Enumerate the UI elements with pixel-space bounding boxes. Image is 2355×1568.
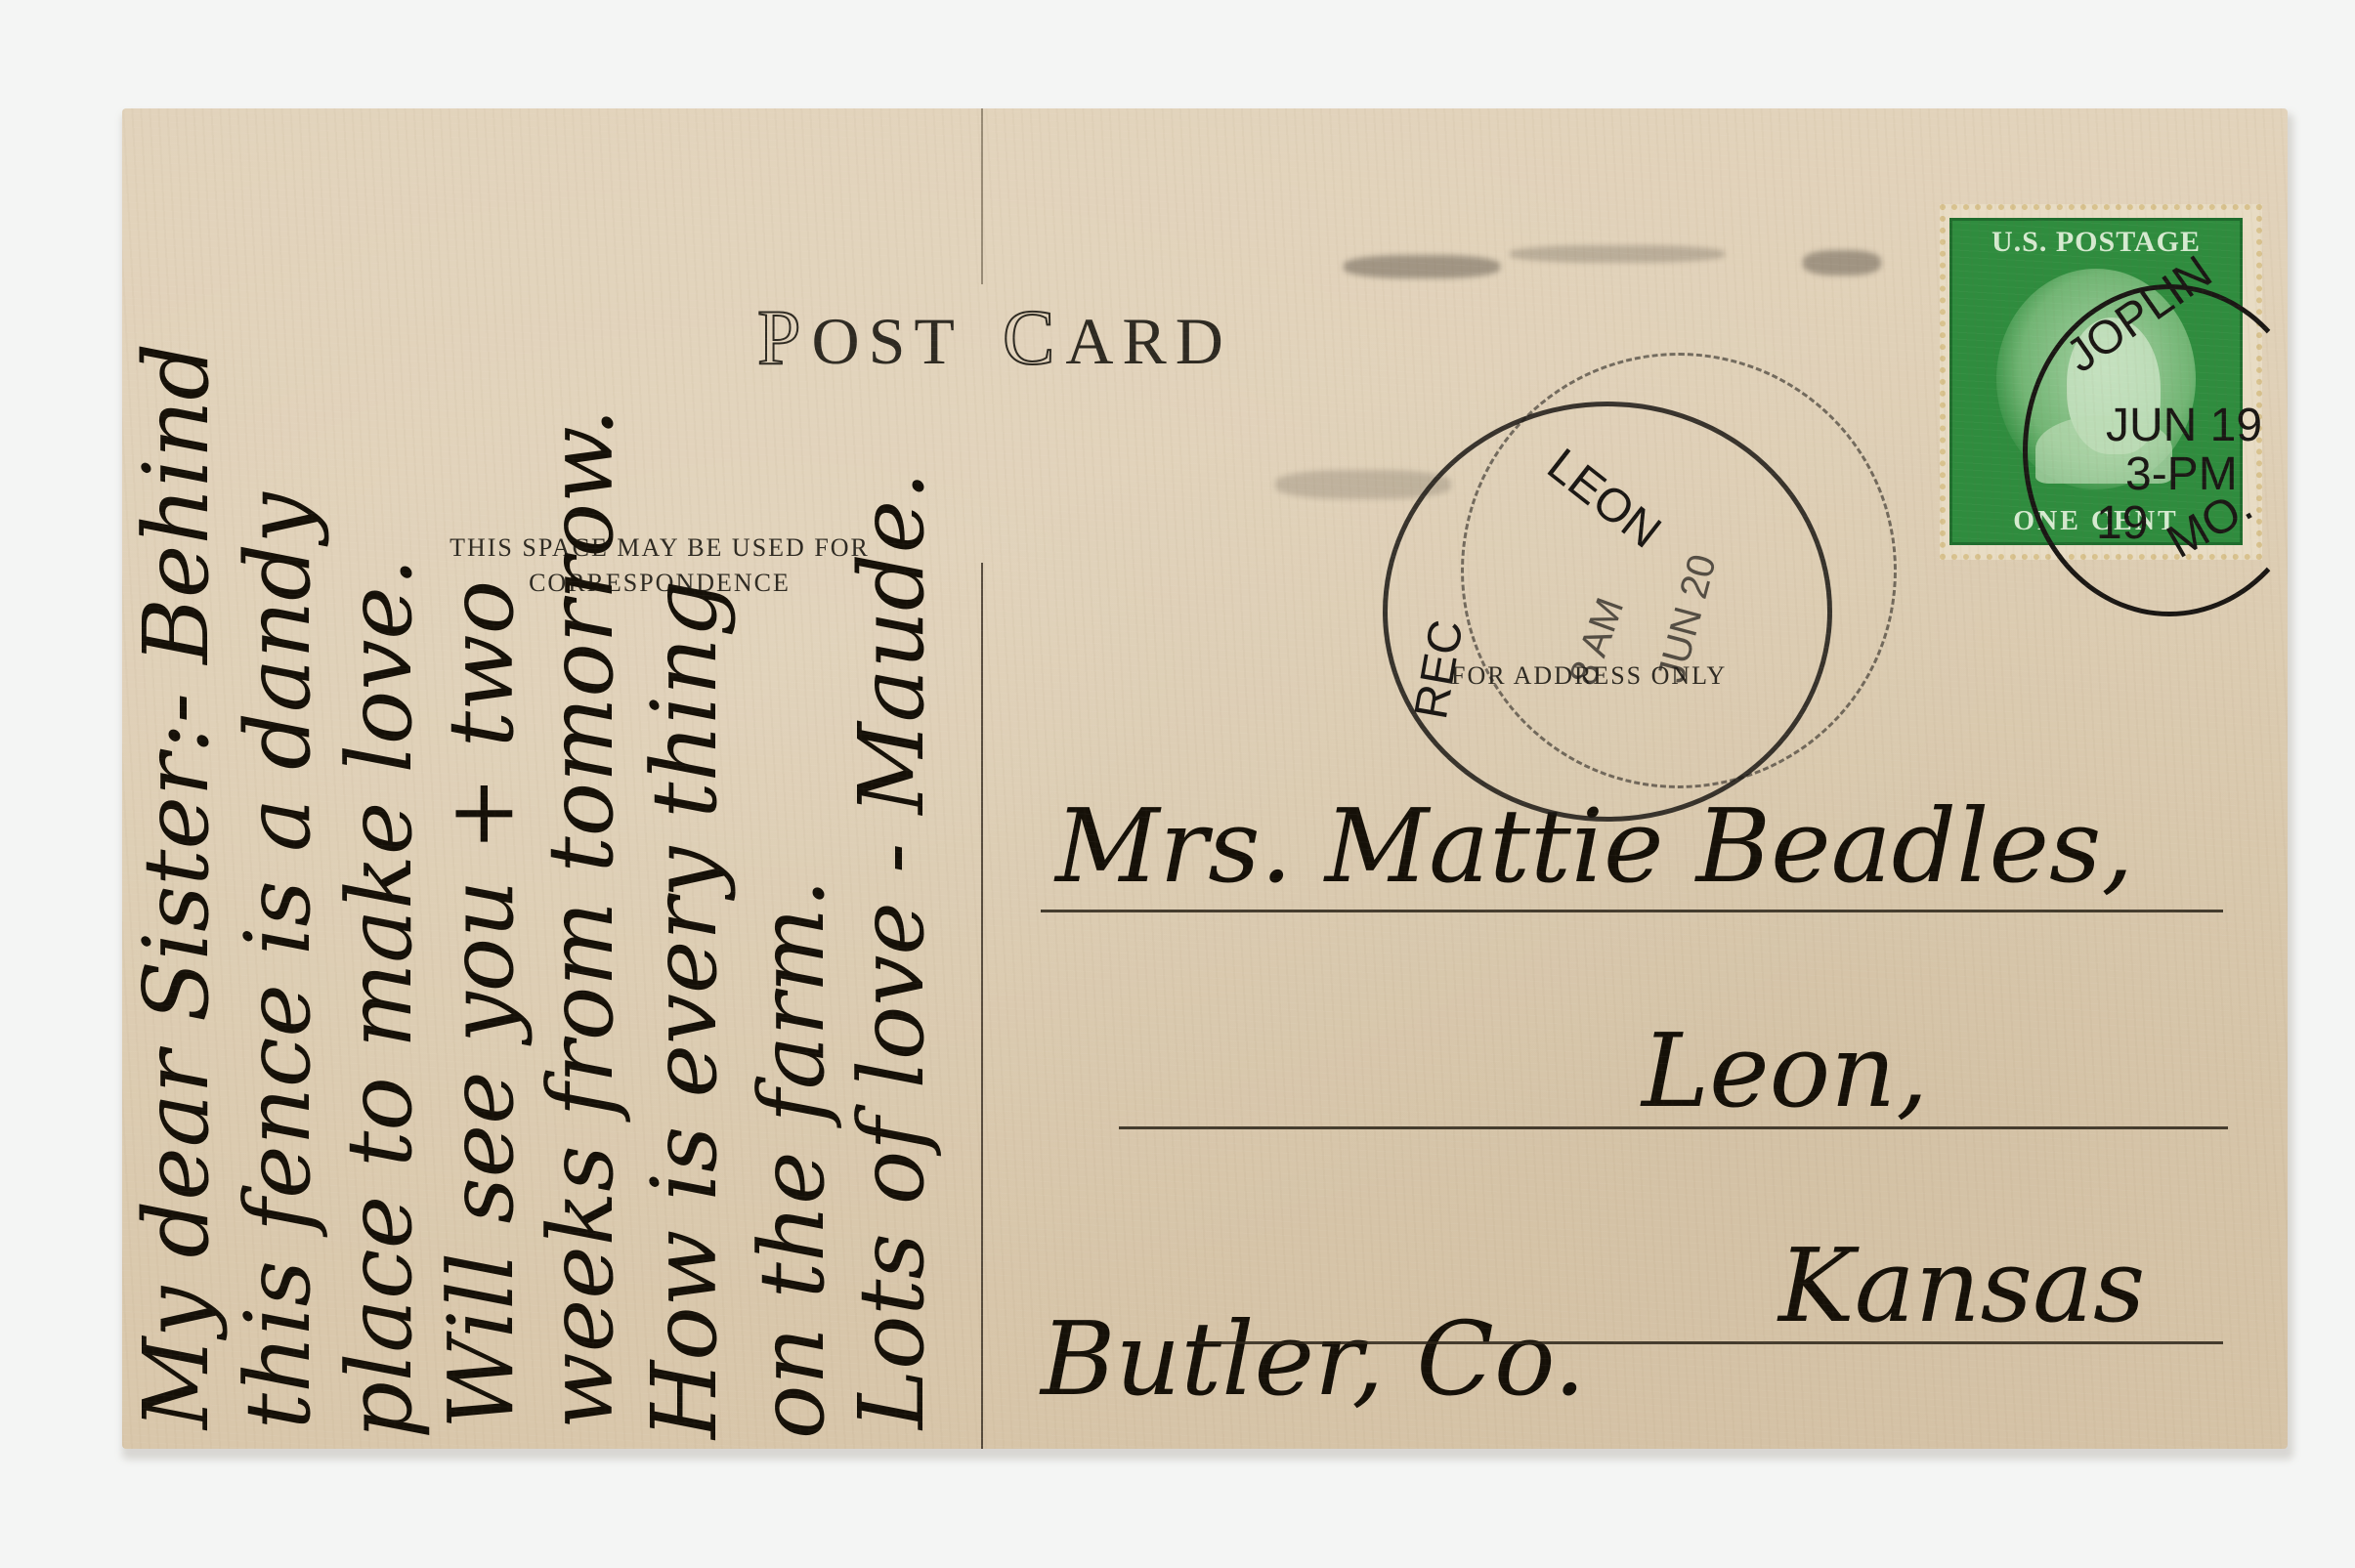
ink-smudge (1510, 245, 1725, 263)
ink-smudge (1275, 470, 1451, 499)
message-line: Will see you + two (437, 580, 527, 1429)
address-rule-3 (1197, 1341, 2223, 1344)
ink-smudge (1344, 255, 1500, 278)
title-rest-2: ARD (1065, 304, 1232, 378)
message-line: this fence is a dandy (234, 492, 323, 1429)
address-town: Leon, (1642, 1017, 1928, 1124)
message-line: How is every thing (640, 580, 730, 1439)
address-rule-1 (1041, 910, 2223, 912)
address-rule-2 (1119, 1126, 2228, 1129)
message-line: Lots of love - Maude. (847, 472, 937, 1429)
address-state: Kansas (1778, 1232, 2145, 1339)
title-initial-c: C (1003, 294, 1063, 383)
message-line: weeks from tomorrow. (536, 408, 626, 1429)
message-line: on the farm. (748, 879, 837, 1439)
ink-smudge (1803, 250, 1881, 275)
joplin-postmark-year: 19 (2096, 499, 2148, 548)
joplin-postmark-date: JUN 19 (2106, 402, 2262, 450)
message-line: My dear Sister:- Behind (132, 343, 222, 1429)
message-area: My dear Sister:- Behind this fence is a … (122, 108, 982, 1449)
address-county: Butler, Co. (1041, 1305, 1586, 1413)
postcard: POSTCARD THIS SPACE MAY BE USED FOR CORR… (122, 108, 2288, 1449)
message-line: place to make love. (335, 558, 425, 1439)
stamp-top-text: U.S. POSTAGE (1949, 226, 2243, 259)
